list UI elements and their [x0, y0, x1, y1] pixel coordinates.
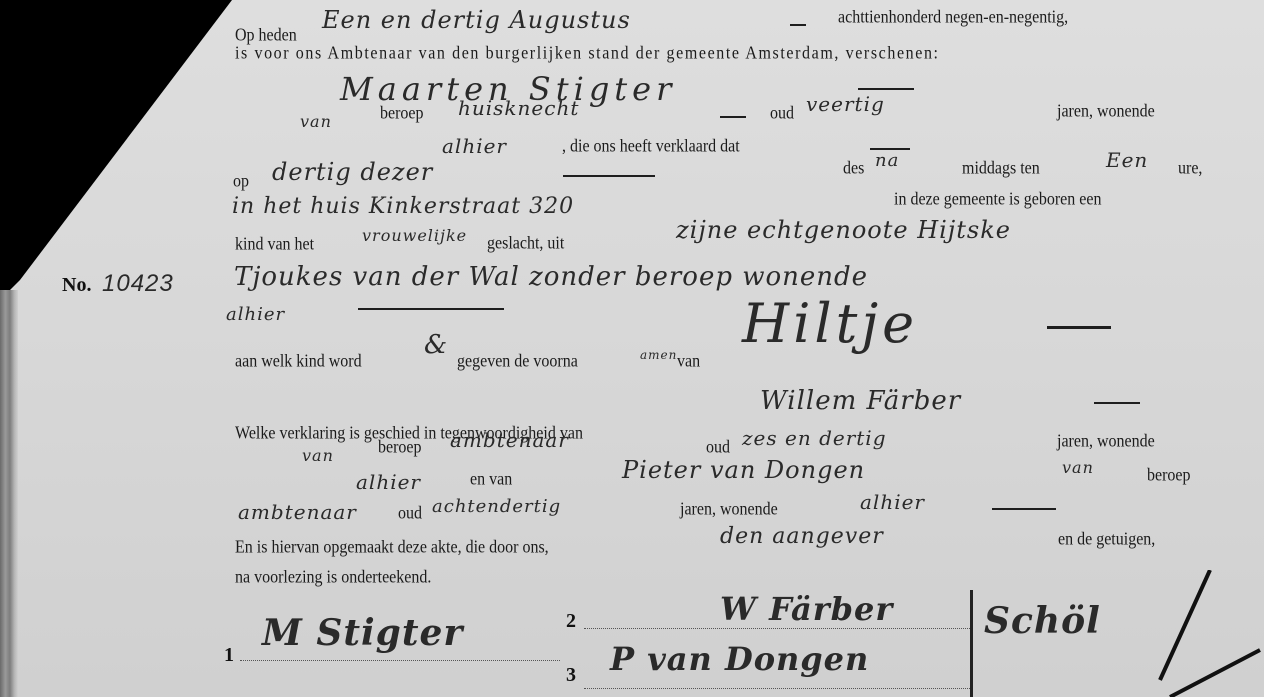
handwritten-child-name: Hiltje [742, 292, 918, 355]
handwritten-van: van [300, 112, 332, 131]
printed-ambtenaar-line: is voor ons Ambtenaar van den burgerlijk… [235, 44, 940, 64]
rule [790, 24, 806, 26]
handwritten-witness1-name: Willem Färber [760, 386, 961, 416]
handwritten-birth-place: in het huis Kinkerstraat 320 [232, 194, 574, 219]
rule [358, 308, 504, 310]
rule [858, 88, 914, 90]
handwritten-witness1-occupation: ambtenaar [450, 428, 569, 452]
printed-jaren-wonende: jaren, wonende [1057, 432, 1155, 452]
printed-beroep: beroep [378, 438, 422, 458]
signature-line-2 [584, 628, 970, 629]
page-binding-edge [0, 290, 18, 697]
record-number: 10423 [102, 270, 174, 298]
signature-registrar: Schöl [984, 600, 1101, 642]
rule [563, 175, 655, 177]
handwritten-residence: alhier [442, 134, 507, 158]
handwritten-witness2-age: achtendertig [432, 496, 561, 517]
record-number-label: No. [62, 274, 91, 297]
handwritten-age: veertig [806, 92, 885, 116]
signature-number-1: 1 [224, 644, 234, 667]
scanned-document-page: Op heden Een en dertig Augustus achttien… [0, 0, 1264, 697]
printed-beroep: beroep [380, 104, 424, 124]
printed-onderteekend: na voorlezing is onderteekend. [235, 568, 431, 588]
signature-line-3 [584, 688, 970, 689]
handwritten-hour: Een [1106, 148, 1148, 172]
handwritten-witness1-residence: alhier [356, 470, 421, 494]
printed-van: van [677, 352, 700, 372]
printed-middags: middags ten [962, 159, 1040, 179]
printed-kind-van-het: kind van het [235, 235, 314, 255]
signature-witness2: P van Dongen [610, 640, 869, 678]
printed-aan-welk-kind: aan welk kind word [235, 352, 362, 372]
printed-oud: oud [398, 504, 422, 524]
handwritten-signer-note: den aangever [720, 524, 884, 549]
signature-line-1 [240, 660, 560, 661]
rule [1047, 326, 1111, 329]
rule [1094, 402, 1140, 404]
printed-ure: ure, [1178, 159, 1202, 179]
handwritten-witness2-occupation: ambtenaar [238, 500, 357, 524]
handwritten-time-part: na [875, 150, 899, 171]
handwritten-witness1-age: zes en dertig [742, 426, 887, 450]
rule [992, 508, 1056, 510]
printed-oud: oud [770, 104, 794, 124]
printed-en-is-hiervan: En is hiervan opgemaakt deze akte, die d… [235, 538, 549, 558]
signature-brace [970, 590, 973, 697]
signature-declarant: M Stigter [262, 612, 463, 654]
printed-jaren-wonende: jaren, wonende [680, 500, 778, 520]
printed-des: des [843, 159, 864, 179]
printed-beroep: beroep [1147, 466, 1191, 486]
handwritten-occupation: huisknecht [458, 96, 579, 120]
printed-op: op [233, 172, 249, 192]
handwritten-mother-line2: Tjoukes van der Wal zonder beroep wonend… [234, 262, 868, 292]
printed-verklaard: , die ons heeft verklaard dat [562, 137, 740, 157]
printed-geboren: in deze gemeente is geboren een [894, 190, 1101, 210]
printed-year: achttienhonderd negen-en-negentig, [838, 8, 1068, 28]
signature-number-3: 3 [566, 664, 576, 687]
signature-witness1: W Färber [720, 590, 893, 628]
handwritten-birth-date: dertig dezer [272, 158, 433, 186]
printed-en-van: en van [470, 470, 512, 490]
handwritten-witness2-residence: alhier [860, 490, 925, 514]
handwritten-mother-line1: zijne echtgenoote Hijtske [676, 216, 1011, 244]
rule [720, 116, 746, 118]
printed-voornaam: gegeven de voorna [457, 352, 578, 372]
printed-geslacht: geslacht, uit [487, 234, 564, 254]
handwritten-mark: & [424, 330, 448, 360]
handwritten-van: van [302, 446, 334, 465]
handwritten-date: Een en dertig Augustus [322, 6, 631, 34]
handwritten-van: van [1062, 458, 1094, 477]
handwritten-mother-line3: alhier [226, 304, 285, 325]
handwritten-name-suffix: amen [640, 348, 677, 362]
printed-jaren-wonende: jaren, wonende [1057, 102, 1155, 122]
printed-getuigen: en de getuigen, [1058, 530, 1155, 550]
registrar-flourish [1140, 570, 1264, 697]
handwritten-witness2-name: Pieter van Dongen [622, 456, 865, 484]
handwritten-sex: vrouwelijke [362, 226, 467, 245]
signature-number-2: 2 [566, 610, 576, 633]
